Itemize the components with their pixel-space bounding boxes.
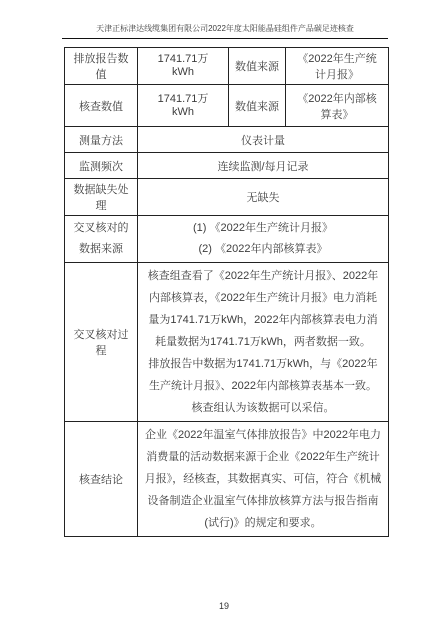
monitoring-frequency-label: 监测频次 — [65, 153, 138, 179]
source-item-1: (1) 《2022年生产统计月报》 — [144, 218, 382, 239]
emission-report-source: 《2022年生产统计月报》 — [286, 48, 389, 85]
measurement-method-value: 仪表计量 — [138, 127, 389, 153]
emission-report-label: 排放报告数值 — [65, 48, 138, 85]
verified-value-source-label: 数值来源 — [229, 85, 286, 127]
conclusion-value: 企业《2022年温室气体排放报告》中2022年电力消费量的活动数据来源于企业《2… — [138, 422, 389, 537]
value-unit: kWh — [144, 66, 222, 79]
cross-check-sources-label: 交叉核对的 数据来源 — [65, 216, 138, 263]
page-number: 19 — [0, 601, 448, 611]
table-row-measurement-method: 测量方法 仪表计量 — [65, 127, 389, 153]
verified-value-source: 《2022年内部核算表》 — [286, 85, 389, 127]
table-row-conclusion: 核查结论 企业《2022年温室气体排放报告》中2022年电力消费量的活动数据来源… — [65, 422, 389, 537]
process-paragraph-3: 核查组认为该数据可以采信。 — [144, 397, 382, 419]
process-paragraph-2: 排放报告中数据为1741.71万kWh，与《2022年生产统计月报》、2022年… — [144, 353, 382, 397]
table-row-cross-check-sources: 交叉核对的 数据来源 (1) 《2022年生产统计月报》 (2) 《2022年内… — [65, 216, 389, 263]
header-rule — [62, 38, 388, 39]
verified-value-value: 1741.71万 kWh — [138, 85, 229, 127]
page-header-title: 天津正标津达线缆集团有限公司2022年度太阳能晶硅组件产品碳足迹核查 — [62, 24, 388, 34]
verified-value-label: 核查数值 — [65, 85, 138, 127]
missing-data-value: 无缺失 — [138, 179, 389, 216]
cross-check-process-value: 核查组查看了《2022年生产统计月报》、2022年内部核算表，《2022年生产统… — [138, 263, 389, 422]
missing-data-label: 数据缺失处理 — [65, 179, 138, 216]
conclusion-label: 核查结论 — [65, 422, 138, 537]
emission-report-value: 1741.71万 kWh — [138, 48, 229, 85]
cross-check-process-label: 交叉核对过程 — [65, 263, 138, 422]
value-unit: kWh — [144, 106, 222, 119]
table-row-emission-report: 排放报告数值 1741.71万 kWh 数值来源 《2022年生产统计月报》 — [65, 48, 389, 85]
value-amount: 1741.71万 — [144, 93, 222, 106]
table-row-cross-check-process: 交叉核对过程 核查组查看了《2022年生产统计月报》、2022年内部核算表，《2… — [65, 263, 389, 422]
conclusion-paragraph: 企业《2022年温室气体排放报告》中2022年电力消费量的活动数据来源于企业《2… — [144, 424, 382, 534]
emission-report-source-label: 数值来源 — [229, 48, 286, 85]
value-amount: 1741.71万 — [144, 53, 222, 66]
monitoring-frequency-value: 连续监测/每月记录 — [138, 153, 389, 179]
cross-check-sources-value: (1) 《2022年生产统计月报》 (2) 《2022年内部核算表》 — [138, 216, 389, 263]
document-page: 天津正标津达线缆集团有限公司2022年度太阳能晶硅组件产品碳足迹核查 排放报告数… — [0, 0, 448, 639]
source-item-2: (2) 《2022年内部核算表》 — [144, 239, 382, 260]
measurement-method-label: 测量方法 — [65, 127, 138, 153]
table-row-verified-value: 核查数值 1741.71万 kWh 数值来源 《2022年内部核算表》 — [65, 85, 389, 127]
verification-table: 排放报告数值 1741.71万 kWh 数值来源 《2022年生产统计月报》 核… — [64, 47, 389, 537]
table-row-monitoring-frequency: 监测频次 连续监测/每月记录 — [65, 153, 389, 179]
process-paragraph-1: 核查组查看了《2022年生产统计月报》、2022年内部核算表，《2022年生产统… — [144, 265, 382, 353]
table-row-missing-data: 数据缺失处理 无缺失 — [65, 179, 389, 216]
